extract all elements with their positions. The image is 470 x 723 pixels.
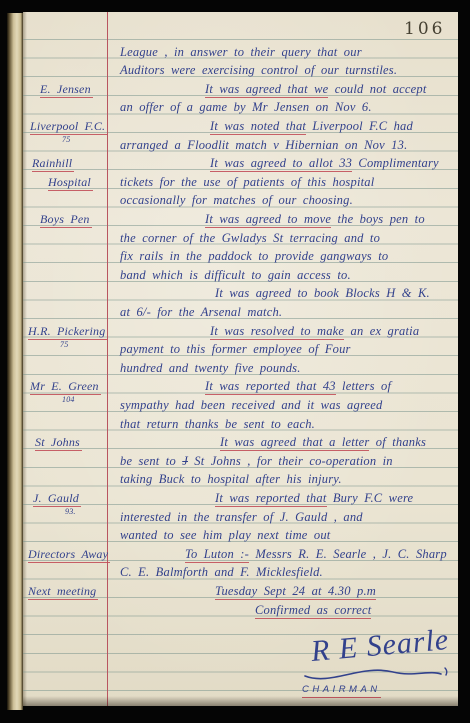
margin-heading: Next meeting bbox=[28, 583, 98, 599]
page-number: 106 bbox=[404, 19, 445, 39]
margin-minute-number: 75 bbox=[60, 337, 68, 353]
minute-text: the corner of the Gwladys St terracing a… bbox=[120, 231, 380, 245]
minute-text: C. E. Balmforth and F. Micklesfield. bbox=[120, 565, 323, 579]
scanned-minute-book-page: 106 League , in answer to their query th… bbox=[0, 0, 470, 723]
minute-line: payment to this former employee of Four bbox=[120, 341, 351, 357]
signature-flourish bbox=[301, 662, 451, 686]
margin-heading-label: E. Jensen bbox=[40, 82, 93, 98]
red-underlined-phrase: To Luton :- bbox=[185, 547, 249, 563]
minute-line: an offer of a game by Mr Jensen on Nov 6… bbox=[120, 99, 372, 115]
minute-text: letters of bbox=[336, 379, 391, 393]
minute-text: interested in the transfer of J. Gauld ,… bbox=[120, 510, 363, 524]
minute-text: hundred and twenty five pounds. bbox=[120, 361, 301, 375]
minute-line: It was agreed that a letter of thanks bbox=[220, 434, 426, 450]
minute-text: arranged a Floodlit match v Hibernian on… bbox=[120, 138, 407, 152]
minute-text: Liverpool F.C had bbox=[306, 119, 413, 133]
margin-heading: E. Jensen bbox=[40, 81, 93, 97]
minute-line: arranged a Floodlit match v Hibernian on… bbox=[120, 137, 407, 153]
minute-text: occasionally for matches of our choosing… bbox=[120, 193, 353, 207]
minute-line: C. E. Balmforth and F. Micklesfield. bbox=[120, 564, 323, 580]
book-binding-edge bbox=[7, 13, 23, 710]
minute-text: taking Buck to hospital after his injury… bbox=[120, 472, 342, 486]
margin-heading: Directors Away bbox=[28, 546, 110, 562]
paper-sheet: 106 League , in answer to their query th… bbox=[23, 12, 458, 706]
red-underlined-phrase: It was reported that bbox=[215, 491, 327, 507]
minute-text: League , in answer to their query that o… bbox=[120, 45, 362, 59]
minute-text: It was agreed to book Blocks H & K. bbox=[215, 286, 430, 300]
red-underlined-phrase: Tuesday Sept 24 at 4.30 p.m bbox=[215, 584, 376, 600]
minute-line: It was agreed to allot 33 Complimentary bbox=[210, 155, 439, 171]
margin-heading: Boys Pen bbox=[40, 211, 92, 227]
margin-heading-label: Next meeting bbox=[28, 584, 98, 600]
minute-text: Bury F.C were bbox=[327, 491, 414, 505]
minute-line: It was agreed that we could not accept bbox=[205, 81, 427, 97]
minute-text: wanted to see him play next time out bbox=[120, 528, 330, 542]
minute-text: could not accept bbox=[328, 82, 426, 96]
margin-heading: Hospital bbox=[48, 174, 93, 190]
minute-line: occasionally for matches of our choosing… bbox=[120, 192, 353, 208]
minute-line: It was reported that Bury F.C were bbox=[215, 490, 413, 506]
minute-text: fix rails in the paddock to provide gang… bbox=[120, 249, 388, 263]
minute-line: To Luton :- Messrs R. E. Searle , J. C. … bbox=[185, 546, 447, 562]
margin-heading-label: Directors Away bbox=[28, 547, 110, 563]
minute-line: Auditors were exercising control of our … bbox=[120, 62, 397, 78]
minute-line: tickets for the use of patients of this … bbox=[120, 174, 374, 190]
minute-line: Tuesday Sept 24 at 4.30 p.m bbox=[215, 583, 376, 599]
margin-heading-label: Hospital bbox=[48, 175, 93, 191]
minute-line: be sent to J St Johns , for their co-ope… bbox=[120, 453, 393, 469]
minute-text: band which is difficult to gain access t… bbox=[120, 268, 351, 282]
minute-line: taking Buck to hospital after his injury… bbox=[120, 471, 342, 487]
red-margin-rule bbox=[107, 12, 108, 706]
minute-line: band which is difficult to gain access t… bbox=[120, 267, 351, 283]
minute-line: at 6/- for the Arsenal match. bbox=[120, 304, 282, 320]
minute-line: interested in the transfer of J. Gauld ,… bbox=[120, 509, 363, 525]
minute-line: It was reported that 43 letters of bbox=[205, 378, 391, 394]
red-underlined-phrase: Confirmed as correct bbox=[255, 603, 371, 619]
red-underlined-phrase: It was resolved to make bbox=[210, 324, 344, 340]
minute-line: League , in answer to their query that o… bbox=[120, 44, 362, 60]
margin-heading: St Johns bbox=[35, 434, 82, 450]
minute-text: the boys pen to bbox=[331, 212, 425, 226]
minute-line: It was agreed to book Blocks H & K. bbox=[215, 285, 430, 301]
margin-minute-number: 104 bbox=[62, 392, 75, 408]
minute-line: that return thanks be sent to each. bbox=[120, 416, 315, 432]
minute-line: hundred and twenty five pounds. bbox=[120, 360, 301, 376]
red-underlined-phrase: It was reported that 43 bbox=[205, 379, 336, 395]
margin-heading-label: St Johns bbox=[35, 435, 82, 451]
minute-line: It was noted that Liverpool F.C had bbox=[210, 118, 413, 134]
margin-minute-number: 93. bbox=[65, 504, 76, 520]
minute-text: Messrs R. E. Searle , J. C. Sharp bbox=[249, 547, 447, 561]
minute-text: that return thanks be sent to each. bbox=[120, 417, 315, 431]
red-underlined-phrase: It was agreed that we bbox=[205, 82, 328, 98]
minute-line: wanted to see him play next time out bbox=[120, 527, 330, 543]
minute-text: tickets for the use of patients of this … bbox=[120, 175, 374, 189]
minute-text: an ex gratia bbox=[344, 324, 419, 338]
minute-line: Confirmed as correct bbox=[255, 602, 371, 618]
margin-heading-label: Boys Pen bbox=[40, 212, 92, 228]
minute-text: at 6/- for the Arsenal match. bbox=[120, 305, 282, 319]
minute-line: fix rails in the paddock to provide gang… bbox=[120, 248, 388, 264]
red-underlined-phrase: It was agreed that a letter bbox=[220, 435, 369, 451]
minute-line: It was agreed to move the boys pen to bbox=[205, 211, 425, 227]
minute-text: payment to this former employee of Four bbox=[120, 342, 351, 356]
minute-text: of thanks bbox=[369, 435, 426, 449]
minute-text: be sent to bbox=[120, 454, 182, 468]
minute-text: St Johns , for their co-operation in bbox=[188, 454, 393, 468]
red-underlined-phrase: It was noted that bbox=[210, 119, 306, 135]
minute-line: sympathy had been received and it was ag… bbox=[120, 397, 383, 413]
minute-text: Complimentary bbox=[352, 156, 439, 170]
red-underlined-phrase: It was agreed to allot 33 bbox=[210, 156, 352, 172]
minute-line: It was resolved to make an ex gratia bbox=[210, 323, 419, 339]
minute-text: sympathy had been received and it was ag… bbox=[120, 398, 383, 412]
minute-text: an offer of a game by Mr Jensen on Nov 6… bbox=[120, 100, 372, 114]
margin-minute-number: 75 bbox=[62, 132, 70, 148]
red-underlined-phrase: It was agreed to move bbox=[205, 212, 331, 228]
minute-text: Auditors were exercising control of our … bbox=[120, 63, 397, 77]
chairman-label: CHAIRMAN bbox=[302, 684, 381, 698]
minute-line: the corner of the Gwladys St terracing a… bbox=[120, 230, 380, 246]
margin-heading-label: Rainhill bbox=[32, 156, 74, 172]
margin-heading: Rainhill bbox=[32, 155, 74, 171]
